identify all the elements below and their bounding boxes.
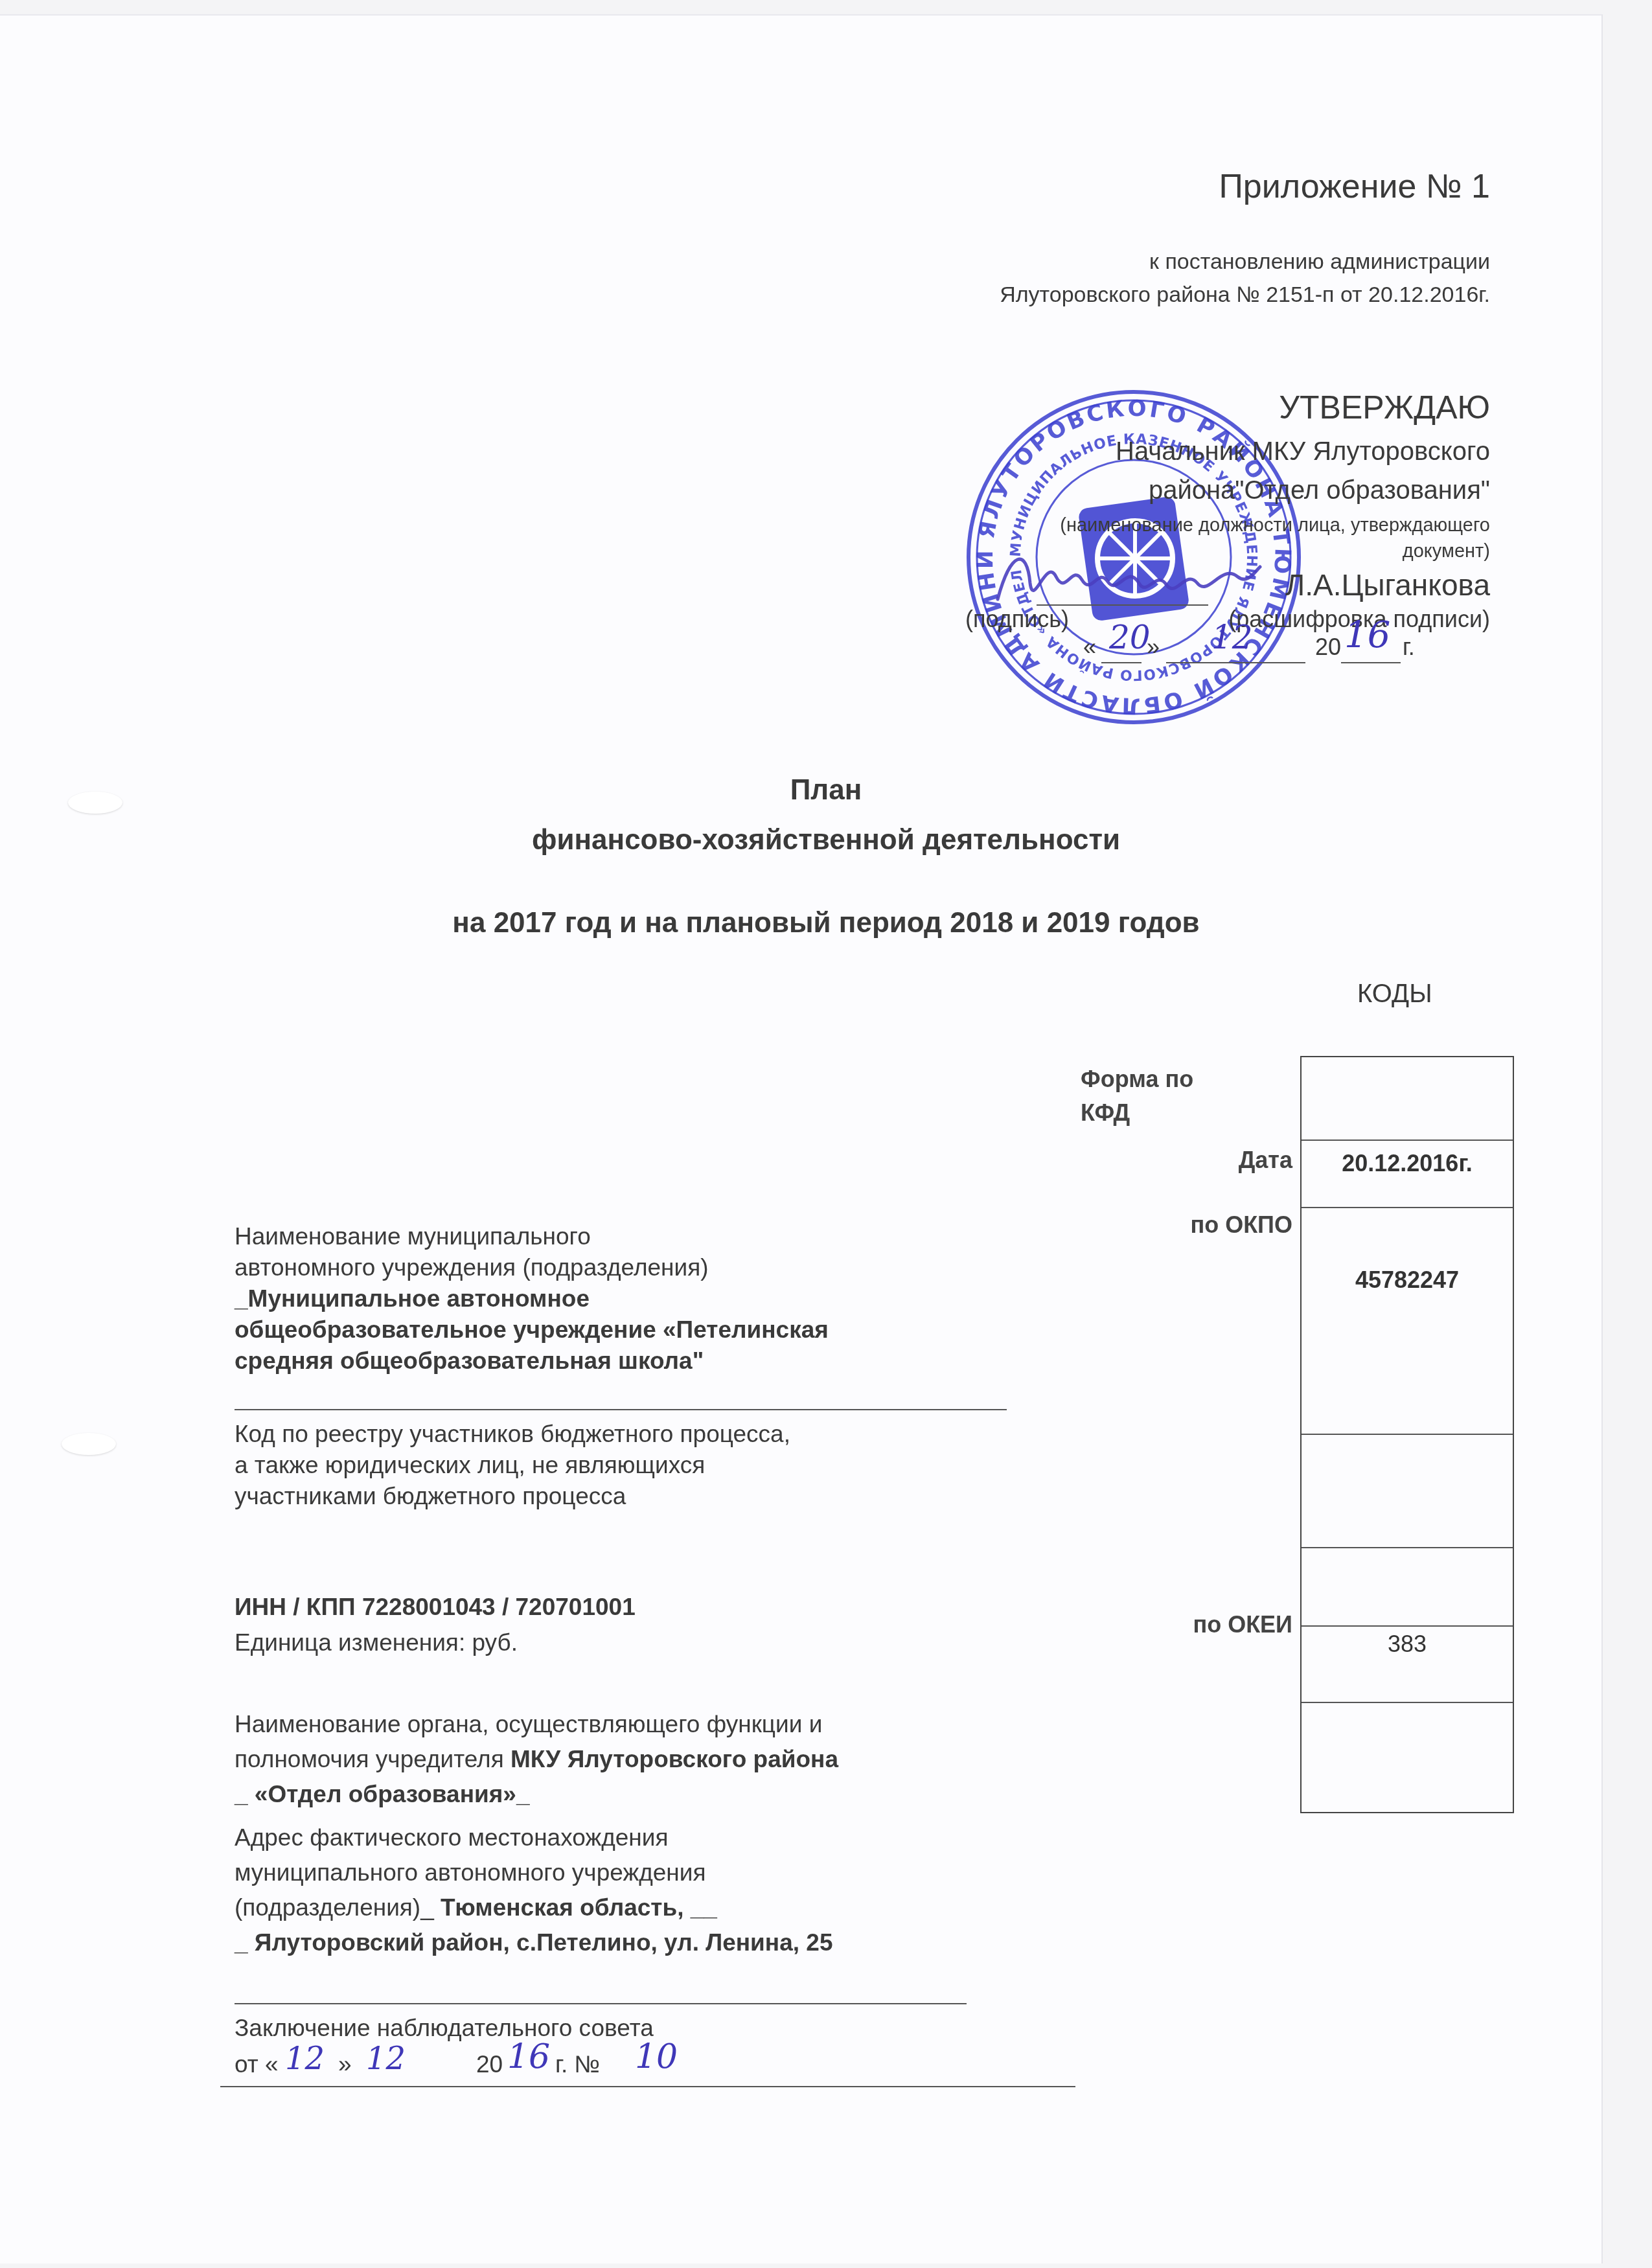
code-cell-okei: 383 [1302, 1625, 1513, 1702]
reference-line-1: к постановлению администрации [1149, 249, 1490, 275]
appendix-title: Приложение № 1 [1219, 167, 1490, 206]
approval-date-suffix: г. [1403, 634, 1415, 661]
document-subtitle: финансово-хозяйственной деятельности [0, 824, 1652, 856]
punch-hole [62, 1433, 116, 1455]
date-label: Дата [1239, 1147, 1292, 1174]
document-period: на 2017 год и на плановый период 2018 и … [0, 907, 1652, 939]
council-number: 10 [635, 2037, 678, 2076]
reference-line-2: Ялуторовского района № 2151-п от 20.12.2… [1000, 282, 1490, 308]
year-underline [1341, 662, 1401, 663]
founder-block: Наименование органа, осуществляющего фун… [235, 1707, 838, 1812]
address-region: Тюменская область, __ [441, 1894, 717, 1921]
registry-line-3: участниками бюджетного процесса [235, 1481, 790, 1512]
code-cell-inn [1302, 1547, 1513, 1625]
approval-date-close: » [1147, 634, 1160, 661]
code-cell-founder [1302, 1702, 1513, 1813]
document-title: План [0, 774, 1652, 807]
institution-label-2: автономного учреждения (подразделения) [235, 1252, 829, 1283]
approver-name: Л.А.Цыганкова [1285, 567, 1490, 602]
registry-line-1: Код по реестру участников бюджетного про… [235, 1419, 790, 1450]
codes-header: КОДЫ [1357, 979, 1432, 1009]
day-underline [1101, 662, 1141, 663]
code-cell-form [1302, 1056, 1513, 1140]
unit-of-measure: Единица изменения: руб. [235, 1629, 518, 1656]
address-line-1: Адрес фактического местонахождения [235, 1820, 832, 1855]
approve-heading: УТВЕРЖДАЮ [1279, 389, 1490, 426]
council-close: » [338, 2051, 352, 2078]
inn-kpp: ИНН / КПП 7228001043 / 720701001 [235, 1594, 636, 1621]
month-underline [1166, 662, 1305, 663]
code-cell-registry [1302, 1434, 1513, 1547]
founder-name: МКУ Ялуторовского района [511, 1746, 838, 1772]
council-year-suffix: г. № [555, 2051, 600, 2078]
approval-date-month: 12 [1211, 619, 1253, 656]
signature-caption: (подпись) [965, 606, 1069, 633]
position-caption-1: (наименование должности лица, утверждающ… [1060, 515, 1490, 536]
approver-position-line-1: Начальник МКУ Ялуторовского [1116, 437, 1490, 466]
address-block: Адрес фактического местонахождения муниц… [235, 1820, 832, 1960]
council-month: 12 [366, 2041, 406, 2077]
code-cell-date: 20.12.2016г. [1302, 1140, 1513, 1207]
institution-label-1: Наименование муниципального [235, 1221, 829, 1252]
founder-line-3: _ «Отдел образования»_ [235, 1777, 838, 1812]
approver-position-line-2: района"Отдел образования" [1149, 476, 1490, 505]
address-line-2: муниципального автономного учреждения [235, 1855, 832, 1890]
institution-name-1: _Муниципальное автономное [235, 1283, 829, 1314]
institution-name-3: средняя общеобразовательная школа" [235, 1346, 829, 1377]
registry-line-2: а также юридических лиц, не являющихся [235, 1450, 790, 1481]
institution-name-2: общеобразовательное учреждение «Петелинс… [235, 1314, 829, 1346]
address-underline [235, 2003, 967, 2004]
institution-underline [235, 1409, 1007, 1410]
council-year-prefix: 20 [476, 2051, 503, 2078]
approval-date-year: 16 [1344, 614, 1390, 656]
council-from: от « [235, 2051, 279, 2078]
form-label-line-1: Форма по [1081, 1062, 1193, 1096]
institution-block: Наименование муниципального автономного … [235, 1221, 829, 1377]
form-label: Форма по КФД [1081, 1062, 1193, 1130]
address-line-3-label: (подразделения)_ [235, 1894, 441, 1921]
council-label: Заключение наблюдательного совета [235, 2015, 654, 2042]
council-year: 16 [507, 2037, 550, 2076]
council-underline [220, 2086, 1075, 2087]
approval-date-day: 20 [1109, 619, 1151, 656]
founder-line-1: Наименование органа, осуществляющего фун… [235, 1707, 838, 1742]
approval-year-prefix: 20 [1315, 634, 1341, 661]
address-line-4: _ Ялуторовский район, с.Петелино, ул. Ле… [235, 1925, 832, 1960]
form-label-line-2: КФД [1081, 1096, 1193, 1130]
registry-block: Код по реестру участников бюджетного про… [235, 1419, 790, 1512]
okpo-label: по ОКПО [1190, 1211, 1292, 1239]
codes-table: 20.12.2016г. 45782247 383 [1300, 1056, 1514, 1813]
position-caption-2: документ) [1403, 541, 1490, 562]
founder-line-2-label: полномочия учредителя [235, 1746, 511, 1772]
okei-label: по ОКЕИ [1193, 1611, 1292, 1638]
council-day: 12 [285, 2041, 325, 2077]
approval-date-open: « [1083, 634, 1096, 661]
code-cell-okpo: 45782247 [1302, 1207, 1513, 1434]
